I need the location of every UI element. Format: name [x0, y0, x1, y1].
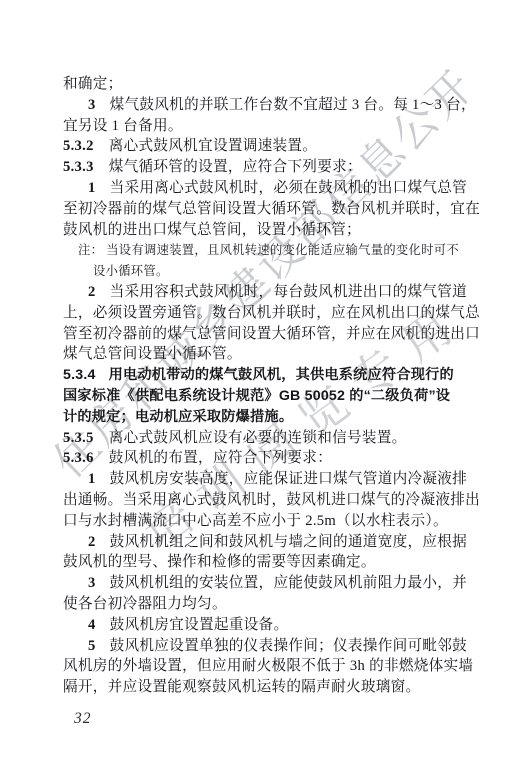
text-line: 出通畅。当采用离心式鼓风机时，鼓风机进口煤气的冷凝液排出: [63, 490, 470, 511]
text-line: 口与水封槽满流口中心高差不应小于 2.5m（以水柱表示）。: [63, 511, 470, 532]
clause-number: 注：: [78, 243, 103, 257]
text-line: 注：当设有调速装置，且风机转速的变化能适应输气量的变化时可不: [63, 240, 470, 261]
text-line: 2当采用容积式鼓风机时，每台鼓风机进出口的煤气管道: [63, 282, 470, 303]
clause-number: 2: [88, 534, 96, 550]
text-line: 和确定；: [63, 74, 470, 95]
text-line: 风机房的外墙设置，但应用耐火极限不低于 3h 的非燃烧体实墙: [63, 656, 470, 677]
line-text: 当采用容积式鼓风机时，每台鼓风机进出口的煤气管道: [110, 284, 467, 300]
line-text: 鼓风机房安装高度，应能保证进口煤气管道内冷凝液排: [110, 471, 467, 487]
line-text: 和确定；: [63, 76, 123, 92]
line-text: 鼓风机应设置单独的仪表操作间；仪表操作间可毗邻鼓: [110, 638, 467, 654]
line-text: 煤气鼓风机的并联工作台数不宜超过 3 台。每 1～3 台，: [110, 97, 476, 113]
line-text: 鼓风机机组之间和鼓风机与墙之间的通道宽度，应根据: [110, 534, 467, 550]
text-line: 5.3.4用电动机带动的煤气鼓风机，其供电系统应符合现行的: [63, 365, 470, 386]
line-text: 鼓风机的型号、操作和检修的需要等因素确定。: [63, 554, 376, 570]
line-text: 至初冷器前的煤气总管间设置大循环管。数台风机并联时，宜在: [63, 201, 480, 217]
text-line: 鼓风机的型号、操作和检修的需要等因素确定。: [63, 552, 470, 573]
text-line: 国家标准《供配电系统设计规范》GB 50052 的“二级负荷”设: [63, 386, 470, 407]
line-text: 国家标准《供配电系统设计规范》GB 50052 的“二级负荷”设: [63, 388, 450, 404]
clause-number: 1: [88, 471, 96, 487]
line-text: 上，必须设置旁通管。数台风机并联时，应在风机出口的煤气总: [63, 305, 480, 321]
clause-number: 5.3.5: [63, 430, 94, 446]
text-line: 5鼓风机应设置单独的仪表操作间；仪表操作间可毗邻鼓: [63, 636, 470, 657]
text-line: 鼓风机的进出口煤气总管间，设置小循环管；: [63, 220, 470, 241]
text-line: 3鼓风机机组的安装位置，应能使鼓风机前阻力最小，并: [63, 573, 470, 594]
clause-number: 3: [88, 97, 96, 113]
line-text: 煤气循环管的设置，应符合下列要求：: [109, 159, 362, 175]
clause-number: 1: [88, 180, 96, 196]
page-number: 32: [74, 710, 92, 728]
clause-number: 5.3.4: [63, 367, 96, 383]
line-text: 用电动机带动的煤气鼓风机，其供电系统应符合现行的: [109, 367, 454, 383]
text-line: 宜另设 1 台备用。: [63, 116, 470, 137]
text-line: 隔开，并应设置能观察鼓风机运转的隔声耐火玻璃窗。: [63, 677, 470, 698]
text-line: 管至初冷器前的煤气总管间设置大循环管，并应在风机的进出口: [63, 324, 470, 345]
clause-number: 4: [88, 617, 96, 633]
line-text: 出通畅。当采用离心式鼓风机时，鼓风机进口煤气的冷凝液排出: [63, 492, 480, 508]
line-text: 计的规定；电动机应采取防爆措施。: [63, 409, 293, 425]
text-line: 1当采用离心式鼓风机时，必须在鼓风机的出口煤气总管: [63, 178, 470, 199]
line-text: 煤气总管间设置小循环管。: [63, 346, 242, 362]
line-text: 管至初冷器前的煤气总管间设置大循环管，并应在风机的进出口: [63, 326, 480, 342]
line-text: 口与水封槽满流口中心高差不应小于 2.5m（以水柱表示）。: [63, 513, 448, 529]
text-line: 设小循环管。: [63, 261, 470, 282]
clause-number: 5.3.2: [63, 138, 94, 154]
line-text: 宜另设 1 台备用。: [63, 118, 183, 134]
clause-number: 3: [88, 575, 96, 591]
line-text: 鼓风机的进出口煤气总管间，设置小循环管；: [63, 222, 361, 238]
line-text: 使各台初冷器阻力均匀。: [63, 596, 227, 612]
line-text: 鼓风机房宜设置起重设备。: [110, 617, 289, 633]
line-text: 离心式鼓风机宜设置调速装置。: [109, 138, 318, 154]
line-text: 风机房的外墙设置，但应用耐火极限不低于 3h 的非燃烧体实墙: [63, 658, 473, 674]
text-line: 5.3.3煤气循环管的设置，应符合下列要求：: [63, 157, 470, 178]
text-line: 5.3.2离心式鼓风机宜设置调速装置。: [63, 136, 470, 157]
text-line: 煤气总管间设置小循环管。: [63, 344, 470, 365]
text-line: 使各台初冷器阻力均匀。: [63, 594, 470, 615]
text-line: 4鼓风机房宜设置起重设备。: [63, 615, 470, 636]
text-line: 5.3.6鼓风机的布置，应符合下列要求：: [63, 448, 470, 469]
body-text: 和确定；3煤气鼓风机的并联工作台数不宜超过 3 台。每 1～3 台，宜另设 1 …: [63, 74, 470, 698]
line-text: 当采用离心式鼓风机时，必须在鼓风机的出口煤气总管: [110, 180, 467, 196]
clause-number: 5.3.6: [63, 450, 94, 466]
line-text: 鼓风机机组的安装位置，应能使鼓风机前阻力最小，并: [110, 575, 467, 591]
clause-number: 5.3.3: [63, 159, 94, 175]
text-line: 1鼓风机房安装高度，应能保证进口煤气管道内冷凝液排: [63, 469, 470, 490]
text-line: 上，必须设置旁通管。数台风机并联时，应在风机出口的煤气总: [63, 303, 470, 324]
text-line: 至初冷器前的煤气总管间设置大循环管。数台风机并联时，宜在: [63, 199, 470, 220]
line-text: 离心式鼓风机应设有必要的连锁和信号装置。: [109, 430, 407, 446]
line-text: 鼓风机的布置，应符合下列要求：: [109, 450, 332, 466]
text-line: 计的规定；电动机应采取防爆措施。: [63, 407, 470, 428]
clause-number: 2: [88, 284, 96, 300]
text-line: 2鼓风机机组之间和鼓风机与墙之间的通道宽度，应根据: [63, 532, 470, 553]
line-text: 隔开，并应设置能观察鼓风机运转的隔声耐火玻璃窗。: [63, 679, 420, 695]
clause-number: 5: [88, 638, 96, 654]
text-line: 5.3.5离心式鼓风机应设有必要的连锁和信号装置。: [63, 428, 470, 449]
line-text: 设小循环管。: [93, 264, 169, 278]
line-text: 当设有调速装置，且风机转速的变化能适应输气量的变化时可不: [106, 243, 459, 257]
text-line: 3煤气鼓风机的并联工作台数不宜超过 3 台。每 1～3 台，: [63, 95, 470, 116]
document-page: 住房和城乡建设部信息公开 培训阅览专用 和确定；3煤气鼓风机的并联工作台数不宜超…: [0, 0, 529, 766]
